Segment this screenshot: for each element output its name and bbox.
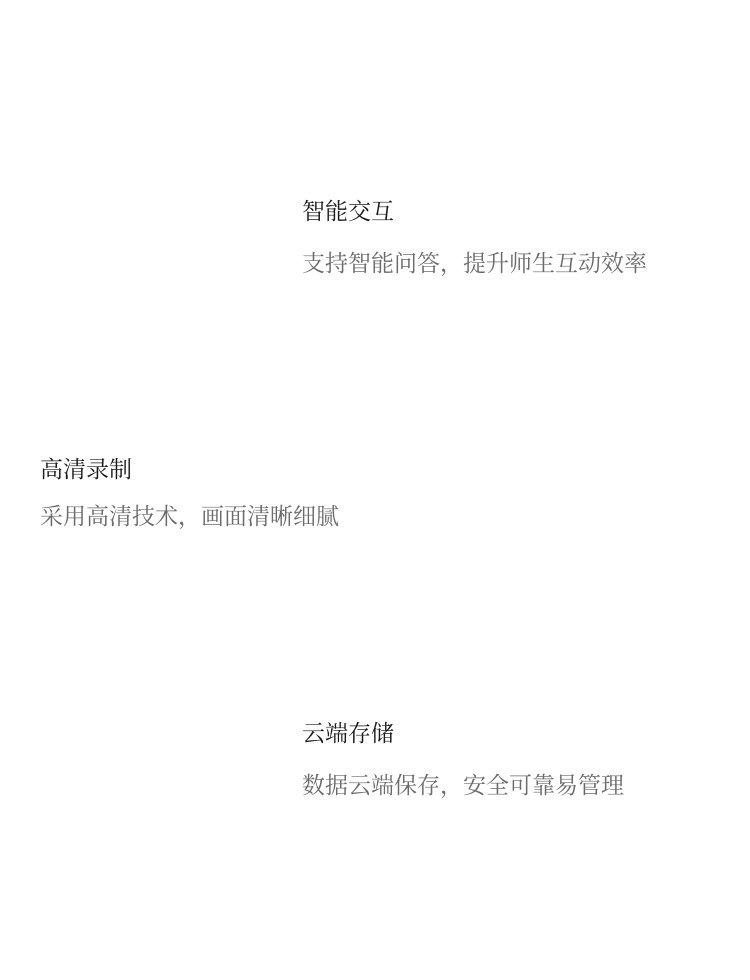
feature-title: 高清录制 bbox=[40, 455, 339, 485]
feature-title: 云端存储 bbox=[302, 719, 624, 749]
feature-description: 支持智能问答，提升师生互动效率 bbox=[302, 249, 647, 279]
feature-cloud-storage: 云端存储 数据云端保存，安全可靠易管理 bbox=[302, 719, 624, 801]
feature-description: 数据云端保存，安全可靠易管理 bbox=[302, 771, 624, 801]
feature-hd-recording: 高清录制 采用高清技术，画面清晰细腻 bbox=[40, 455, 339, 532]
feature-title: 智能交互 bbox=[302, 197, 647, 227]
feature-description: 采用高清技术，画面清晰细腻 bbox=[40, 502, 339, 532]
feature-smart-interaction: 智能交互 支持智能问答，提升师生互动效率 bbox=[302, 197, 647, 279]
